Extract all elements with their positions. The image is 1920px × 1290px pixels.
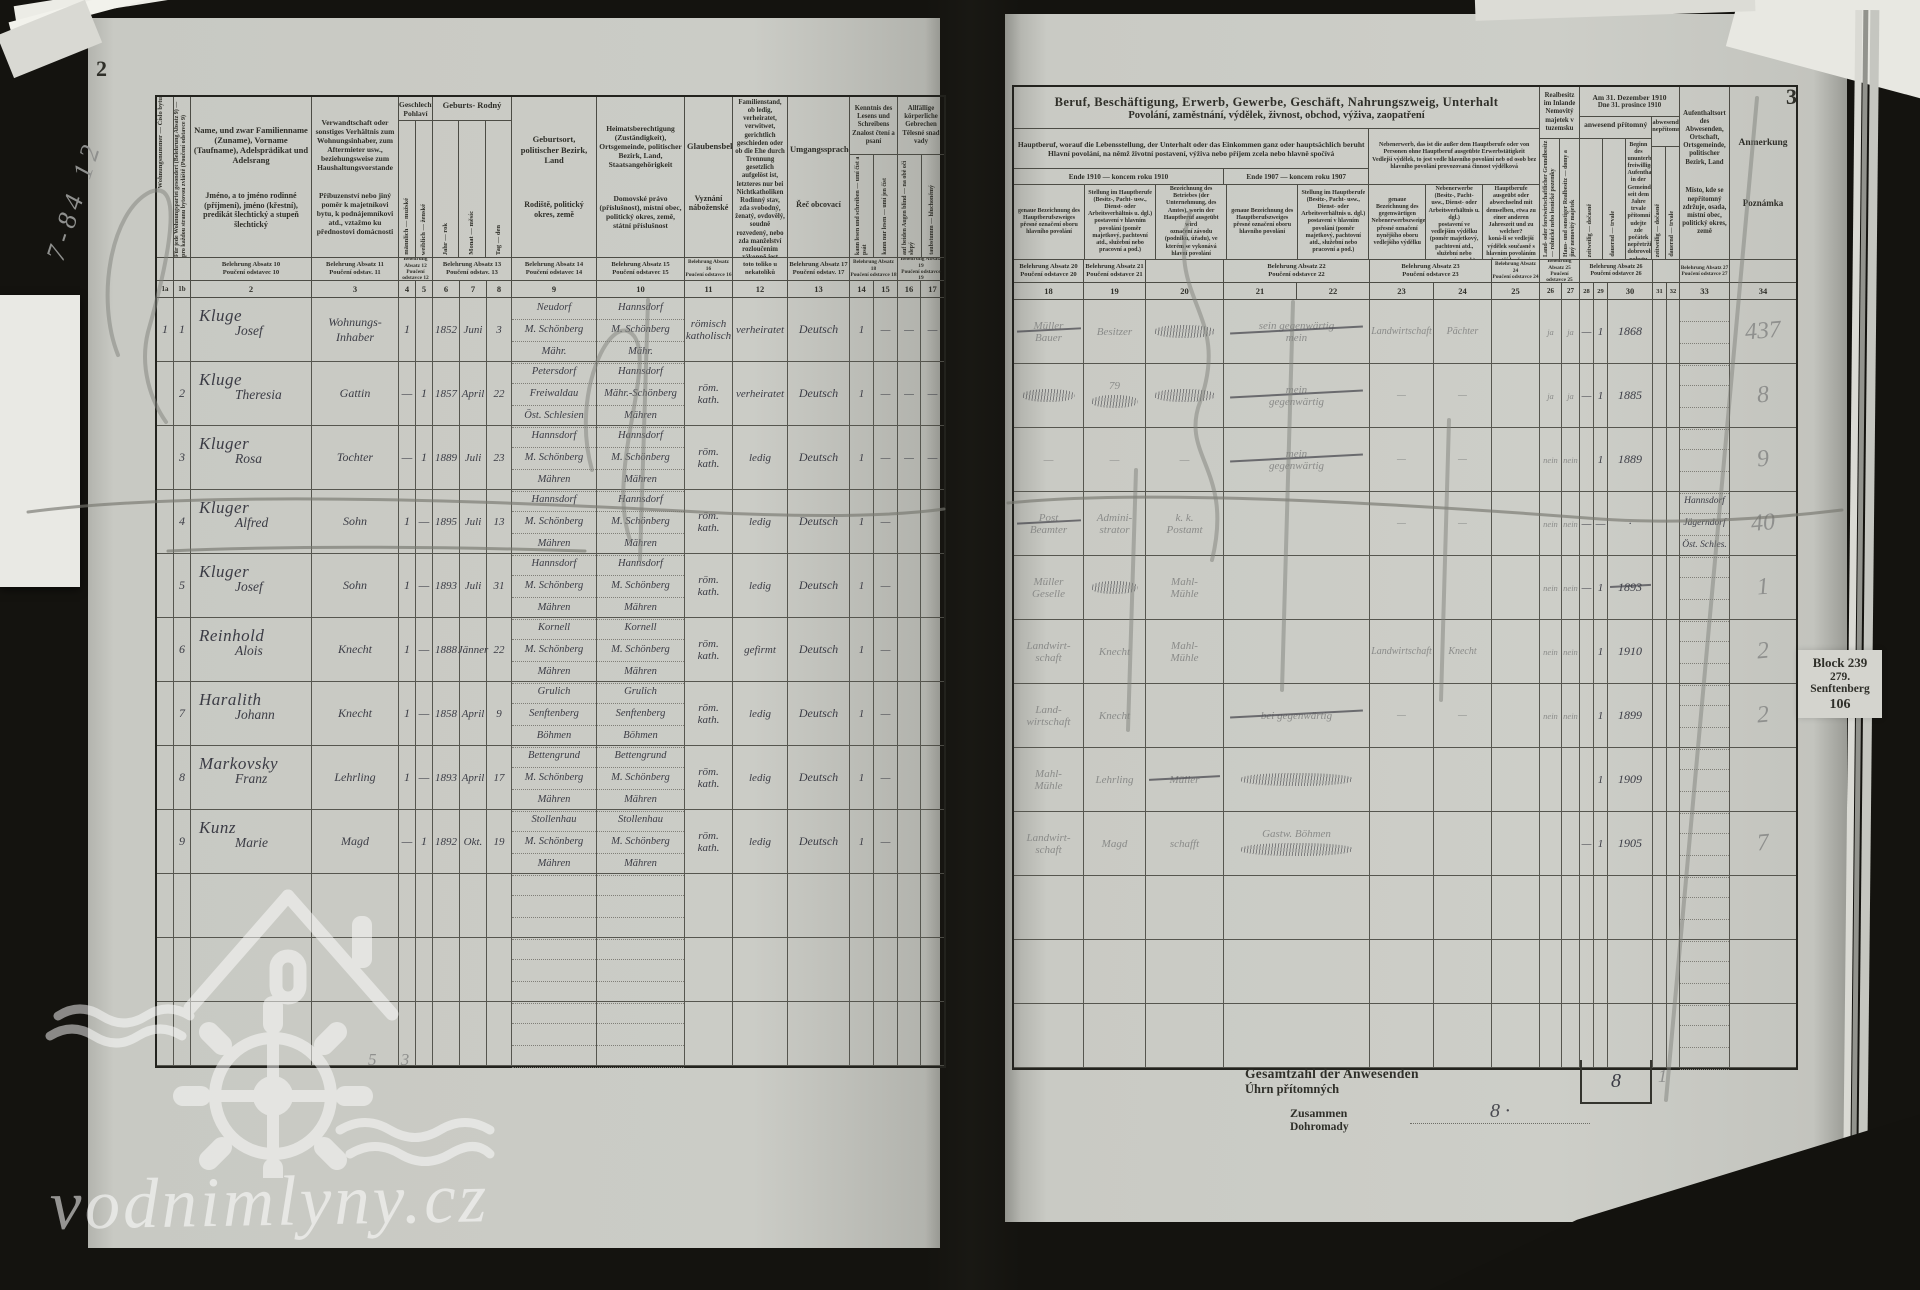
cell-absent-temporary	[1653, 556, 1667, 619]
cell-religion: röm.kath.	[685, 490, 733, 553]
cell-reads-writes: 1	[850, 746, 874, 809]
cell-remark-pencil: 2	[1727, 681, 1798, 750]
cell-remark-pencil: 8	[1727, 361, 1798, 430]
cell-birth-month: Juli	[460, 426, 487, 489]
cell-whereabouts	[1680, 684, 1730, 747]
cell-reads-only: —	[874, 426, 898, 489]
cell-birth-day: 22	[487, 362, 512, 425]
cell-relationship: Knecht	[312, 618, 399, 681]
cell-whereabouts	[1680, 300, 1730, 363]
occupation-row: — — — meingegenwärtig — — nein nein	[1014, 428, 1796, 492]
occupation-row	[1014, 876, 1796, 940]
cell-present-permanent: 1	[1594, 812, 1608, 875]
cell-home-rights: HannsdorfM. SchönbergMähr.	[597, 298, 685, 361]
cell-blind	[898, 682, 921, 745]
cell-deaf-mute	[921, 938, 944, 1001]
cell-reads-only: —	[874, 490, 898, 553]
cell-enterprise	[1146, 684, 1224, 747]
cell-enterprise	[1146, 876, 1224, 939]
cell-residence-since-year: 1905	[1608, 812, 1653, 875]
cell-main-occupation: Landwirt-schaft	[1014, 620, 1084, 683]
cell-absent-temporary	[1653, 300, 1667, 363]
left-header-column-numbers: 1a 1b 2 3 4 5 6 7 8 9 10 11 12 13 14 15 …	[157, 281, 944, 298]
cell-male: 1	[399, 682, 416, 745]
cell-residence-since-year: 1868	[1608, 300, 1653, 363]
cell-female: —	[416, 746, 433, 809]
cell-main-occupation	[1014, 364, 1084, 427]
cell-absent-permanent	[1667, 1004, 1680, 1067]
scanned-census-photo: 2 3 Wohnungsnummer — Číslo bytu Für jede…	[0, 0, 1920, 1290]
cell-present-temporary: —	[1580, 300, 1594, 363]
paper-slip	[0, 295, 80, 587]
cell-house-property	[1562, 940, 1580, 1003]
cell-reads-writes	[850, 874, 874, 937]
cell-enterprise: k. k.Postamt	[1146, 492, 1224, 555]
cell-birth-month: Okt.	[460, 810, 487, 873]
cell-birthplace: NeudorfM. SchönbergMähr.	[512, 298, 597, 361]
cell-relationship: Sohn	[312, 554, 399, 617]
cell-present-permanent: 1	[1594, 428, 1608, 491]
cell-name: Kluge Theresia	[191, 362, 312, 425]
page-number-left: 2	[96, 56, 107, 82]
cell-land-property: nein	[1540, 492, 1562, 555]
cell-side-occupation	[1370, 1004, 1434, 1067]
cell-land-property	[1540, 748, 1562, 811]
cell-home-rights: StollenhauM. SchönbergMähren	[597, 810, 685, 873]
cell-land-property: nein	[1540, 556, 1562, 619]
cell-side-occupation: Landwirtschaft	[1370, 300, 1434, 363]
occupation-row: 79 meingegenwärtig — — ja ja — 1 1885	[1014, 364, 1796, 428]
cell-main-occupation: —	[1014, 428, 1084, 491]
col-header-birthplace: Geburtsort, politischer Bezirk, Land Rod…	[512, 97, 597, 257]
cell-house-property	[1562, 876, 1580, 939]
cell-main-occupation: Landwirt-schaft	[1014, 812, 1084, 875]
cell-remark-pencil: 9	[1727, 425, 1798, 494]
cell-whereabouts	[1680, 940, 1730, 1003]
cell-blind	[898, 618, 921, 681]
cell-occupation-1907	[1224, 1004, 1370, 1067]
cell-home-rights	[597, 1002, 685, 1065]
cell-language: Deutsch	[788, 554, 850, 617]
cell-side-timing	[1492, 492, 1540, 555]
cell-female: 1	[416, 810, 433, 873]
cell-present-temporary	[1580, 1004, 1594, 1067]
cell-whereabouts: HannsdorfJägerndorfÖst. Schles.	[1680, 492, 1730, 555]
cell-birth-day: 9	[487, 682, 512, 745]
cell-enterprise	[1146, 1004, 1224, 1067]
cell-side-position: Pächter	[1434, 300, 1492, 363]
cell-female: —	[416, 554, 433, 617]
cell-home-rights: BettengrundM. SchönbergMähren	[597, 746, 685, 809]
cell-reads-only: —	[874, 362, 898, 425]
cell-birth-month: Juni	[460, 298, 487, 361]
cell-position	[1084, 556, 1146, 619]
pencil-mark-footer: 1	[1658, 1066, 1667, 1087]
hauptberuf-group: Hauptberuf, worauf die Lebensstellung, d…	[1014, 129, 1369, 259]
sum-label: Zusammen Dohromady	[1290, 1106, 1349, 1133]
cell-side-timing	[1492, 1004, 1540, 1067]
cell-male: 1	[399, 746, 416, 809]
realbesitz-group: Realbesitz im Inlande Nemovitý majetek v…	[1540, 87, 1580, 259]
cell-whereabouts	[1680, 556, 1730, 619]
cell-family-status	[733, 1002, 788, 1065]
cell-remark-pencil: 1	[1727, 553, 1798, 622]
cell-blind	[898, 874, 921, 937]
cell-female: —	[416, 618, 433, 681]
cell-present-temporary: —	[1580, 364, 1594, 427]
cell-birth-year: 1857	[433, 362, 460, 425]
cell-apartment-no	[157, 554, 174, 617]
cell-present-temporary: —	[1580, 812, 1594, 875]
cell-present-permanent: 1	[1594, 556, 1608, 619]
cell-reads-only	[874, 938, 898, 1001]
cell-birth-day: 3	[487, 298, 512, 361]
occupation-group: Beruf, Beschäftigung, Erwerb, Gewerbe, G…	[1014, 87, 1540, 259]
total-present-label: Gesamtzahl der Anwesenden Úhrn přítomnýc…	[1245, 1066, 1419, 1097]
cell-residence-since-year: 1885	[1608, 364, 1653, 427]
cell-occupation-1907	[1224, 748, 1370, 811]
cell-name: Kluger Josef	[191, 554, 312, 617]
cell-main-occupation	[1014, 876, 1084, 939]
cell-absent-permanent	[1667, 748, 1680, 811]
cell-religion	[685, 874, 733, 937]
cell-blind: —	[898, 362, 921, 425]
cell-enterprise	[1146, 364, 1224, 427]
col-header-family-status: Familienstand, ob ledig, verheiratet, ve…	[733, 97, 788, 257]
cell-absent-temporary	[1653, 620, 1667, 683]
cell-side-position	[1434, 940, 1492, 1003]
cell-religion: röm.kath.	[685, 810, 733, 873]
cell-enterprise: Mahl-Mühle	[1146, 556, 1224, 619]
cell-language: Deutsch	[788, 810, 850, 873]
cell-whereabouts	[1680, 620, 1730, 683]
cell-blind: —	[898, 426, 921, 489]
cell-whereabouts	[1680, 812, 1730, 875]
cell-blind	[898, 810, 921, 873]
cell-present-temporary	[1580, 876, 1594, 939]
cell-male: 1	[399, 298, 416, 361]
cell-side-position	[1434, 556, 1492, 619]
watermark-text: vodnimlyny.cz	[49, 1158, 490, 1247]
cell-name: Kluger Rosa	[191, 426, 312, 489]
cell-side-timing	[1492, 364, 1540, 427]
cell-birth-year: 1888	[433, 618, 460, 681]
cell-position	[1084, 940, 1146, 1003]
cell-family-status: ledig	[733, 554, 788, 617]
cell-birth-month: April	[460, 746, 487, 809]
cell-birth-month: Juli	[460, 490, 487, 553]
person-row: 6 Reinhold Alois Knecht 1 — 1888 Jänner …	[157, 618, 944, 682]
cell-side-position: —	[1434, 364, 1492, 427]
cell-occupation-1907: sein gegenwärtigmein	[1224, 300, 1370, 363]
cell-name: Reinhold Alois	[191, 618, 312, 681]
cell-side-position: —	[1434, 684, 1492, 747]
nebenerwerb-group: Nebenerwerb, das ist die außer dem Haupt…	[1369, 129, 1539, 259]
cell-language: Deutsch	[788, 682, 850, 745]
person-row: 9 Kunz Marie Magd — 1 1892 Okt. 19 Stoll…	[157, 810, 944, 874]
cell-reads-only: —	[874, 746, 898, 809]
total-present-value-box: 8	[1580, 1060, 1652, 1104]
watermill-logo-icon	[40, 878, 520, 1178]
cell-occupation-1907: bei gegenwärtig	[1224, 684, 1370, 747]
cell-absent-temporary	[1653, 940, 1667, 1003]
occupation-row	[1014, 940, 1796, 1004]
cell-blind	[898, 554, 921, 617]
cell-religion: röm.kath.	[685, 618, 733, 681]
cell-position: Lehrling	[1084, 748, 1146, 811]
cell-residence-since-year	[1608, 1004, 1653, 1067]
cell-present-permanent: 1	[1594, 300, 1608, 363]
col-header-birthdate: Geburts- Rodný Jahr — rok Monat — měsíc …	[433, 97, 512, 257]
mill-house-icon	[190, 896, 392, 1014]
cell-family-status: gefirmt	[733, 618, 788, 681]
cell-relationship: Tochter	[312, 426, 399, 489]
cell-occupation-1907: Gastw. Böhmen	[1224, 812, 1370, 875]
right-header-main: Beruf, Beschäftigung, Erwerb, Gewerbe, G…	[1014, 87, 1796, 260]
col-header-remark: Anmerkung Poznámka	[1730, 87, 1796, 259]
cell-birth-day: 23	[487, 426, 512, 489]
cell-person-no: 5	[174, 554, 191, 617]
cell-side-occupation: Landwirtschaft	[1370, 620, 1434, 683]
cell-land-property	[1540, 812, 1562, 875]
cell-birth-year: 1858	[433, 682, 460, 745]
cell-present-permanent: —	[1594, 492, 1608, 555]
cell-home-rights	[597, 938, 685, 1001]
cell-religion	[685, 1002, 733, 1065]
cell-absent-temporary	[1653, 1004, 1667, 1067]
cell-reads-only	[874, 874, 898, 937]
cell-side-position: Knecht	[1434, 620, 1492, 683]
cell-absent-temporary	[1653, 428, 1667, 491]
cell-residence-since-year: 1893	[1608, 556, 1653, 619]
occupation-row: Landwirt-schaft Knecht Mahl-Mühle Landwi…	[1014, 620, 1796, 684]
cell-remark-pencil: 40	[1727, 489, 1798, 558]
cell-side-occupation	[1370, 556, 1434, 619]
cell-position: Admini-strator	[1084, 492, 1146, 555]
cell-relationship: Knecht	[312, 682, 399, 745]
cell-enterprise: —	[1146, 428, 1224, 491]
cell-language: Deutsch	[788, 618, 850, 681]
cell-side-position: —	[1434, 428, 1492, 491]
occupation-banner: Beruf, Beschäftigung, Erwerb, Gewerbe, G…	[1014, 87, 1539, 129]
cell-language	[788, 938, 850, 1001]
person-row: 4 Kluger Alfred Sohn 1 — 1895 Juli 13 Ha…	[157, 490, 944, 554]
occupation-row	[1014, 1004, 1796, 1068]
col-header-whereabouts: Aufenthaltsort des Abwesenden, Ortschaft…	[1680, 87, 1730, 259]
cell-occupation-1907: meingegenwärtig	[1224, 428, 1370, 491]
cell-main-occupation: MüllerBauer	[1014, 300, 1084, 363]
cell-birthplace: HannsdorfM. SchönbergMähren	[512, 554, 597, 617]
cell-reads-writes	[850, 1002, 874, 1065]
cell-remark-pencil	[1727, 745, 1798, 814]
cell-absent-permanent	[1667, 492, 1680, 555]
cell-residence-since-year: ·	[1608, 492, 1653, 555]
cell-residence-since-year	[1608, 876, 1653, 939]
cell-language	[788, 1002, 850, 1065]
cell-birthplace	[512, 874, 597, 937]
cell-apartment-no	[157, 682, 174, 745]
cell-birthplace: HannsdorfM. SchönbergMähren	[512, 490, 597, 553]
cell-family-status: ledig	[733, 426, 788, 489]
absent-subgroup: abwesend nepřítomný zeitweilig — dočasně…	[1652, 117, 1679, 259]
cell-house-property	[1562, 748, 1580, 811]
dec-31-1910-group: Am 31. Dezember 1910 Dne 31. prosince 19…	[1580, 87, 1680, 259]
cell-reads-writes: 1	[850, 810, 874, 873]
cell-name: Kluger Alfred	[191, 490, 312, 553]
cell-main-occupation: PostBeamter	[1014, 492, 1084, 555]
cell-absent-temporary	[1653, 812, 1667, 875]
cell-name: Kunz Marie	[191, 810, 312, 873]
cell-apartment-no	[157, 426, 174, 489]
cell-apartment-no	[157, 618, 174, 681]
cell-reads-writes: 1	[850, 362, 874, 425]
cell-relationship: Sohn	[312, 490, 399, 553]
cell-whereabouts	[1680, 748, 1730, 811]
col-header-apartment-number: Wohnungsnummer — Číslo bytu	[157, 97, 174, 257]
cell-person-no: 9	[174, 810, 191, 873]
cell-main-occupation	[1014, 940, 1084, 1003]
cell-land-property	[1540, 1004, 1562, 1067]
cell-residence-since-year: 1910	[1608, 620, 1653, 683]
cell-present-temporary: —	[1580, 556, 1594, 619]
cell-birth-day: 31	[487, 554, 512, 617]
cell-absent-permanent	[1667, 364, 1680, 427]
cell-apartment-no: 1	[157, 298, 174, 361]
cell-deaf-mute	[921, 810, 944, 873]
cell-deaf-mute	[921, 1002, 944, 1065]
cell-home-rights: HannsdorfMähr.-SchönbergMähren	[597, 362, 685, 425]
cell-enterprise: schafft	[1146, 812, 1224, 875]
cell-home-rights: HannsdorfM. SchönbergMähren	[597, 426, 685, 489]
cell-family-status: ledig	[733, 490, 788, 553]
cell-birth-month: April	[460, 362, 487, 425]
cell-reads-writes: 1	[850, 682, 874, 745]
cell-reads-only: —	[874, 298, 898, 361]
cell-absent-permanent	[1667, 684, 1680, 747]
cell-position: Magd	[1084, 812, 1146, 875]
cell-present-permanent: 1	[1594, 620, 1608, 683]
cell-side-position	[1434, 1004, 1492, 1067]
cell-family-status	[733, 938, 788, 1001]
cell-blind	[898, 1002, 921, 1065]
person-row: 3 Kluger Rosa Tochter — 1 1889 Juli 23 H…	[157, 426, 944, 490]
census-table-right: Beruf, Beschäftigung, Erwerb, Gewerbe, G…	[1012, 85, 1798, 1070]
person-row: 2 Kluge Theresia Gattin — 1 1857 April 2…	[157, 362, 944, 426]
cell-religion	[685, 938, 733, 1001]
gear-icon	[183, 1006, 363, 1178]
cell-male: —	[399, 362, 416, 425]
cell-religion: röm.kath.	[685, 682, 733, 745]
cell-deaf-mute	[921, 618, 944, 681]
cell-birth-day: 22	[487, 618, 512, 681]
cell-position: Knecht	[1084, 684, 1146, 747]
cell-home-rights: KornellM. SchönbergMähren	[597, 618, 685, 681]
cell-person-no: 7	[174, 682, 191, 745]
cell-birth-year: 1893	[433, 746, 460, 809]
cell-position	[1084, 1004, 1146, 1067]
cell-person-no: 8	[174, 746, 191, 809]
cell-whereabouts	[1680, 876, 1730, 939]
cell-occupation-1907	[1224, 620, 1370, 683]
cell-birth-day: 13	[487, 490, 512, 553]
cell-remark-pencil: 437	[1727, 297, 1798, 366]
cell-remark-pencil: 7	[1727, 809, 1798, 878]
cell-birthplace: PetersdorfFreiwaldauÖst. Schlesien	[512, 362, 597, 425]
cell-land-property	[1540, 940, 1562, 1003]
cell-present-temporary	[1580, 748, 1594, 811]
cell-female: 1	[416, 362, 433, 425]
cell-absent-temporary	[1653, 364, 1667, 427]
cell-occupation-1907	[1224, 876, 1370, 939]
occupation-row: PostBeamter Admini-strator k. k.Postamt …	[1014, 492, 1796, 556]
cell-family-status: ledig	[733, 810, 788, 873]
person-row: 8 Markovsky Franz Lehrling 1 — 1893 Apri…	[157, 746, 944, 810]
cell-remark-pencil	[1727, 1001, 1798, 1070]
cell-male: —	[399, 426, 416, 489]
cell-female: —	[416, 682, 433, 745]
cell-religion: römischkatholisch	[685, 298, 733, 361]
col-header-relationship: Verwandtschaft oder sonstiges Verhältnis…	[312, 97, 399, 257]
cell-home-rights: HannsdorfM. SchönbergMähren	[597, 490, 685, 553]
left-header-instructions: Belehrung Absatz 10Poučení odstavec 10 B…	[157, 258, 944, 281]
cell-name: Kluge Josef	[191, 298, 312, 361]
cell-family-status: verheiratet	[733, 298, 788, 361]
cell-present-temporary: —	[1580, 492, 1594, 555]
person-row: 7 Haralith Johann Knecht 1 — 1858 April …	[157, 682, 944, 746]
cell-house-property: nein	[1562, 492, 1580, 555]
cell-person-no: 1	[174, 298, 191, 361]
cell-absent-temporary	[1653, 684, 1667, 747]
cell-deaf-mute	[921, 746, 944, 809]
cell-apartment-no	[157, 746, 174, 809]
col-header-disabilities: Allfällige körperliche GebrechenTělesné …	[898, 97, 944, 257]
col-header-name: Name, und zwar Familienname (Zuname), Vo…	[191, 97, 312, 257]
cell-present-permanent	[1594, 940, 1608, 1003]
cell-enterprise	[1146, 300, 1224, 363]
cell-language: Deutsch	[788, 426, 850, 489]
cell-present-permanent: 1	[1594, 364, 1608, 427]
cell-side-occupation: —	[1370, 684, 1434, 747]
cell-birthplace: KornellM. SchönbergMähren	[512, 618, 597, 681]
cell-absent-temporary	[1653, 492, 1667, 555]
cell-reads-only: —	[874, 618, 898, 681]
cell-side-timing	[1492, 940, 1540, 1003]
cell-family-status: ledig	[733, 682, 788, 745]
cell-side-occupation	[1370, 876, 1434, 939]
right-table-body: MüllerBauer Besitzer sein gegenwärtigmei…	[1014, 300, 1796, 1068]
right-header-instructions: Belehrung Absatz 20Poučení odstavce 20 B…	[1014, 260, 1796, 283]
cell-apartment-no	[157, 362, 174, 425]
occupation-row: MüllerGeselle Mahl-Mühle nein ne	[1014, 556, 1796, 620]
cell-home-rights	[597, 874, 685, 937]
cell-relationship: Lehrling	[312, 746, 399, 809]
cell-blind	[898, 938, 921, 1001]
cell-family-status	[733, 874, 788, 937]
cell-birth-month: Juli	[460, 554, 487, 617]
cell-present-temporary	[1580, 940, 1594, 1003]
cell-deaf-mute	[921, 682, 944, 745]
cell-house-property: nein	[1562, 684, 1580, 747]
cell-side-timing	[1492, 556, 1540, 619]
cell-birthplace: BettengrundM. SchönbergMähren	[512, 746, 597, 809]
cell-name: Haralith Johann	[191, 682, 312, 745]
cell-absent-temporary	[1653, 748, 1667, 811]
cell-person-no: 2	[174, 362, 191, 425]
cell-occupation-1907: meingegenwärtig	[1224, 364, 1370, 427]
cell-residence-since-year	[1608, 940, 1653, 1003]
person-row: 5 Kluger Josef Sohn 1 — 1893 Juli 31 Han…	[157, 554, 944, 618]
cell-female	[416, 298, 433, 361]
